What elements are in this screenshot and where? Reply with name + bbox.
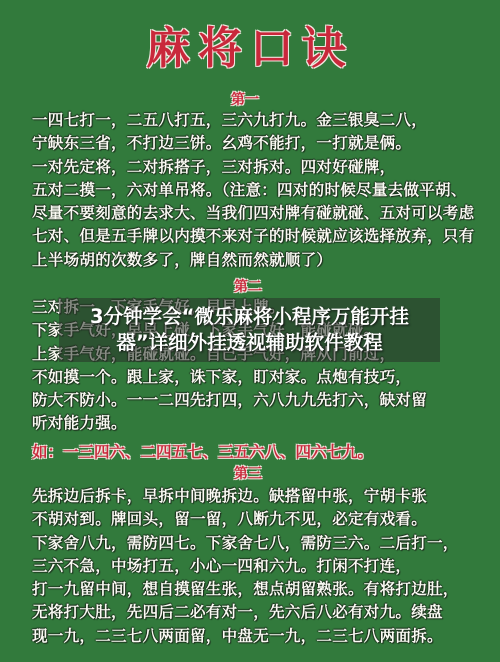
text-line: 宁缺东三省，不打边三饼。幺鸡不能打，一打就是俩。 bbox=[32, 132, 492, 155]
section-heading-1: 第一 bbox=[0, 89, 495, 109]
poster-title: 麻将口诀 bbox=[0, 12, 500, 76]
text-line: 听对能力强。 bbox=[32, 412, 492, 435]
article-title-overlay[interactable]: 3分钟学会“微乐麻将小程序万能开挂 器”详细外挂透视辅助软件教程 bbox=[59, 298, 440, 362]
text-line: 不胡对到。牌回头，留一留，八断九不见，必定有戏看。 bbox=[32, 508, 492, 531]
overlay-title-line-2: 器”详细外挂透视辅助软件教程 bbox=[116, 330, 382, 356]
section-3-body: 先拆边后拆卡，早拆中间晚拆边。缺搭留中张，宁胡卡张 不胡对到。牌回头，留一留，八… bbox=[32, 485, 492, 648]
text-line: 一对先定将，二对拆搭子，三对拆对。四对好碰牌， bbox=[32, 156, 492, 179]
text-line: 一四七打一，二五八打五，三六九打九。金三银臭二八， bbox=[32, 109, 492, 132]
section-1-body: 一四七打一，二五八打五，三六九打九。金三银臭二八， 宁缺东三省，不打边三饼。幺鸡… bbox=[32, 109, 492, 272]
overlay-title-line-1: 3分钟学会“微乐麻将小程序万能开挂 bbox=[90, 304, 409, 330]
text-line: 不如摸一个。跟上家，诛下家，盯对家。点炮有技巧， bbox=[32, 366, 492, 389]
mahjong-tips-poster: 麻将口诀 第一 一四七打一，二五八打五，三六九打九。金三银臭二八， 宁缺东三省，… bbox=[0, 0, 500, 662]
section-heading-3: 第三 bbox=[0, 463, 498, 483]
text-line: 打一九留中间，想自摸留生张，想点胡留熟张。有将打边肚， bbox=[32, 578, 492, 601]
section-heading-2: 第二 bbox=[0, 276, 498, 296]
text-line: 防大不防小。一一二四先打四，六八九九先打六，缺对留 bbox=[32, 389, 492, 412]
text-line: 三六不急，中场打五，小心一四和六九。打闲不打连， bbox=[32, 555, 492, 578]
text-line: 七对、但是五手牌以内摸不来对子的时候就应该选择放弃，只有 bbox=[32, 225, 492, 248]
text-line: 现一九，二三七八两面留，中盘无一九，二三七八两面拆。 bbox=[32, 625, 492, 648]
text-line: 无将打大肚，先四后二必有对一，先六后八必有对九。续盘 bbox=[32, 601, 492, 624]
example-line: 如：一三四六、二四五七、三五六八、四六七九。 bbox=[32, 440, 373, 462]
text-line: 五对二摸一，六对单吊将。（注意：四对的时候尽量去做平胡、 bbox=[32, 179, 492, 202]
text-line: 下家舍八九，需防四七。下家舍七八，需防三六。二后打一， bbox=[32, 532, 492, 555]
text-line: 上半场胡的次数多了，牌自然而然就顺了） bbox=[32, 249, 492, 272]
text-line: 尽量不要刻意的去求大、当我们四对牌有碰就碰、五对可以考虑 bbox=[32, 202, 492, 225]
text-line: 先拆边后拆卡，早拆中间晚拆边。缺搭留中张，宁胡卡张 bbox=[32, 485, 492, 508]
